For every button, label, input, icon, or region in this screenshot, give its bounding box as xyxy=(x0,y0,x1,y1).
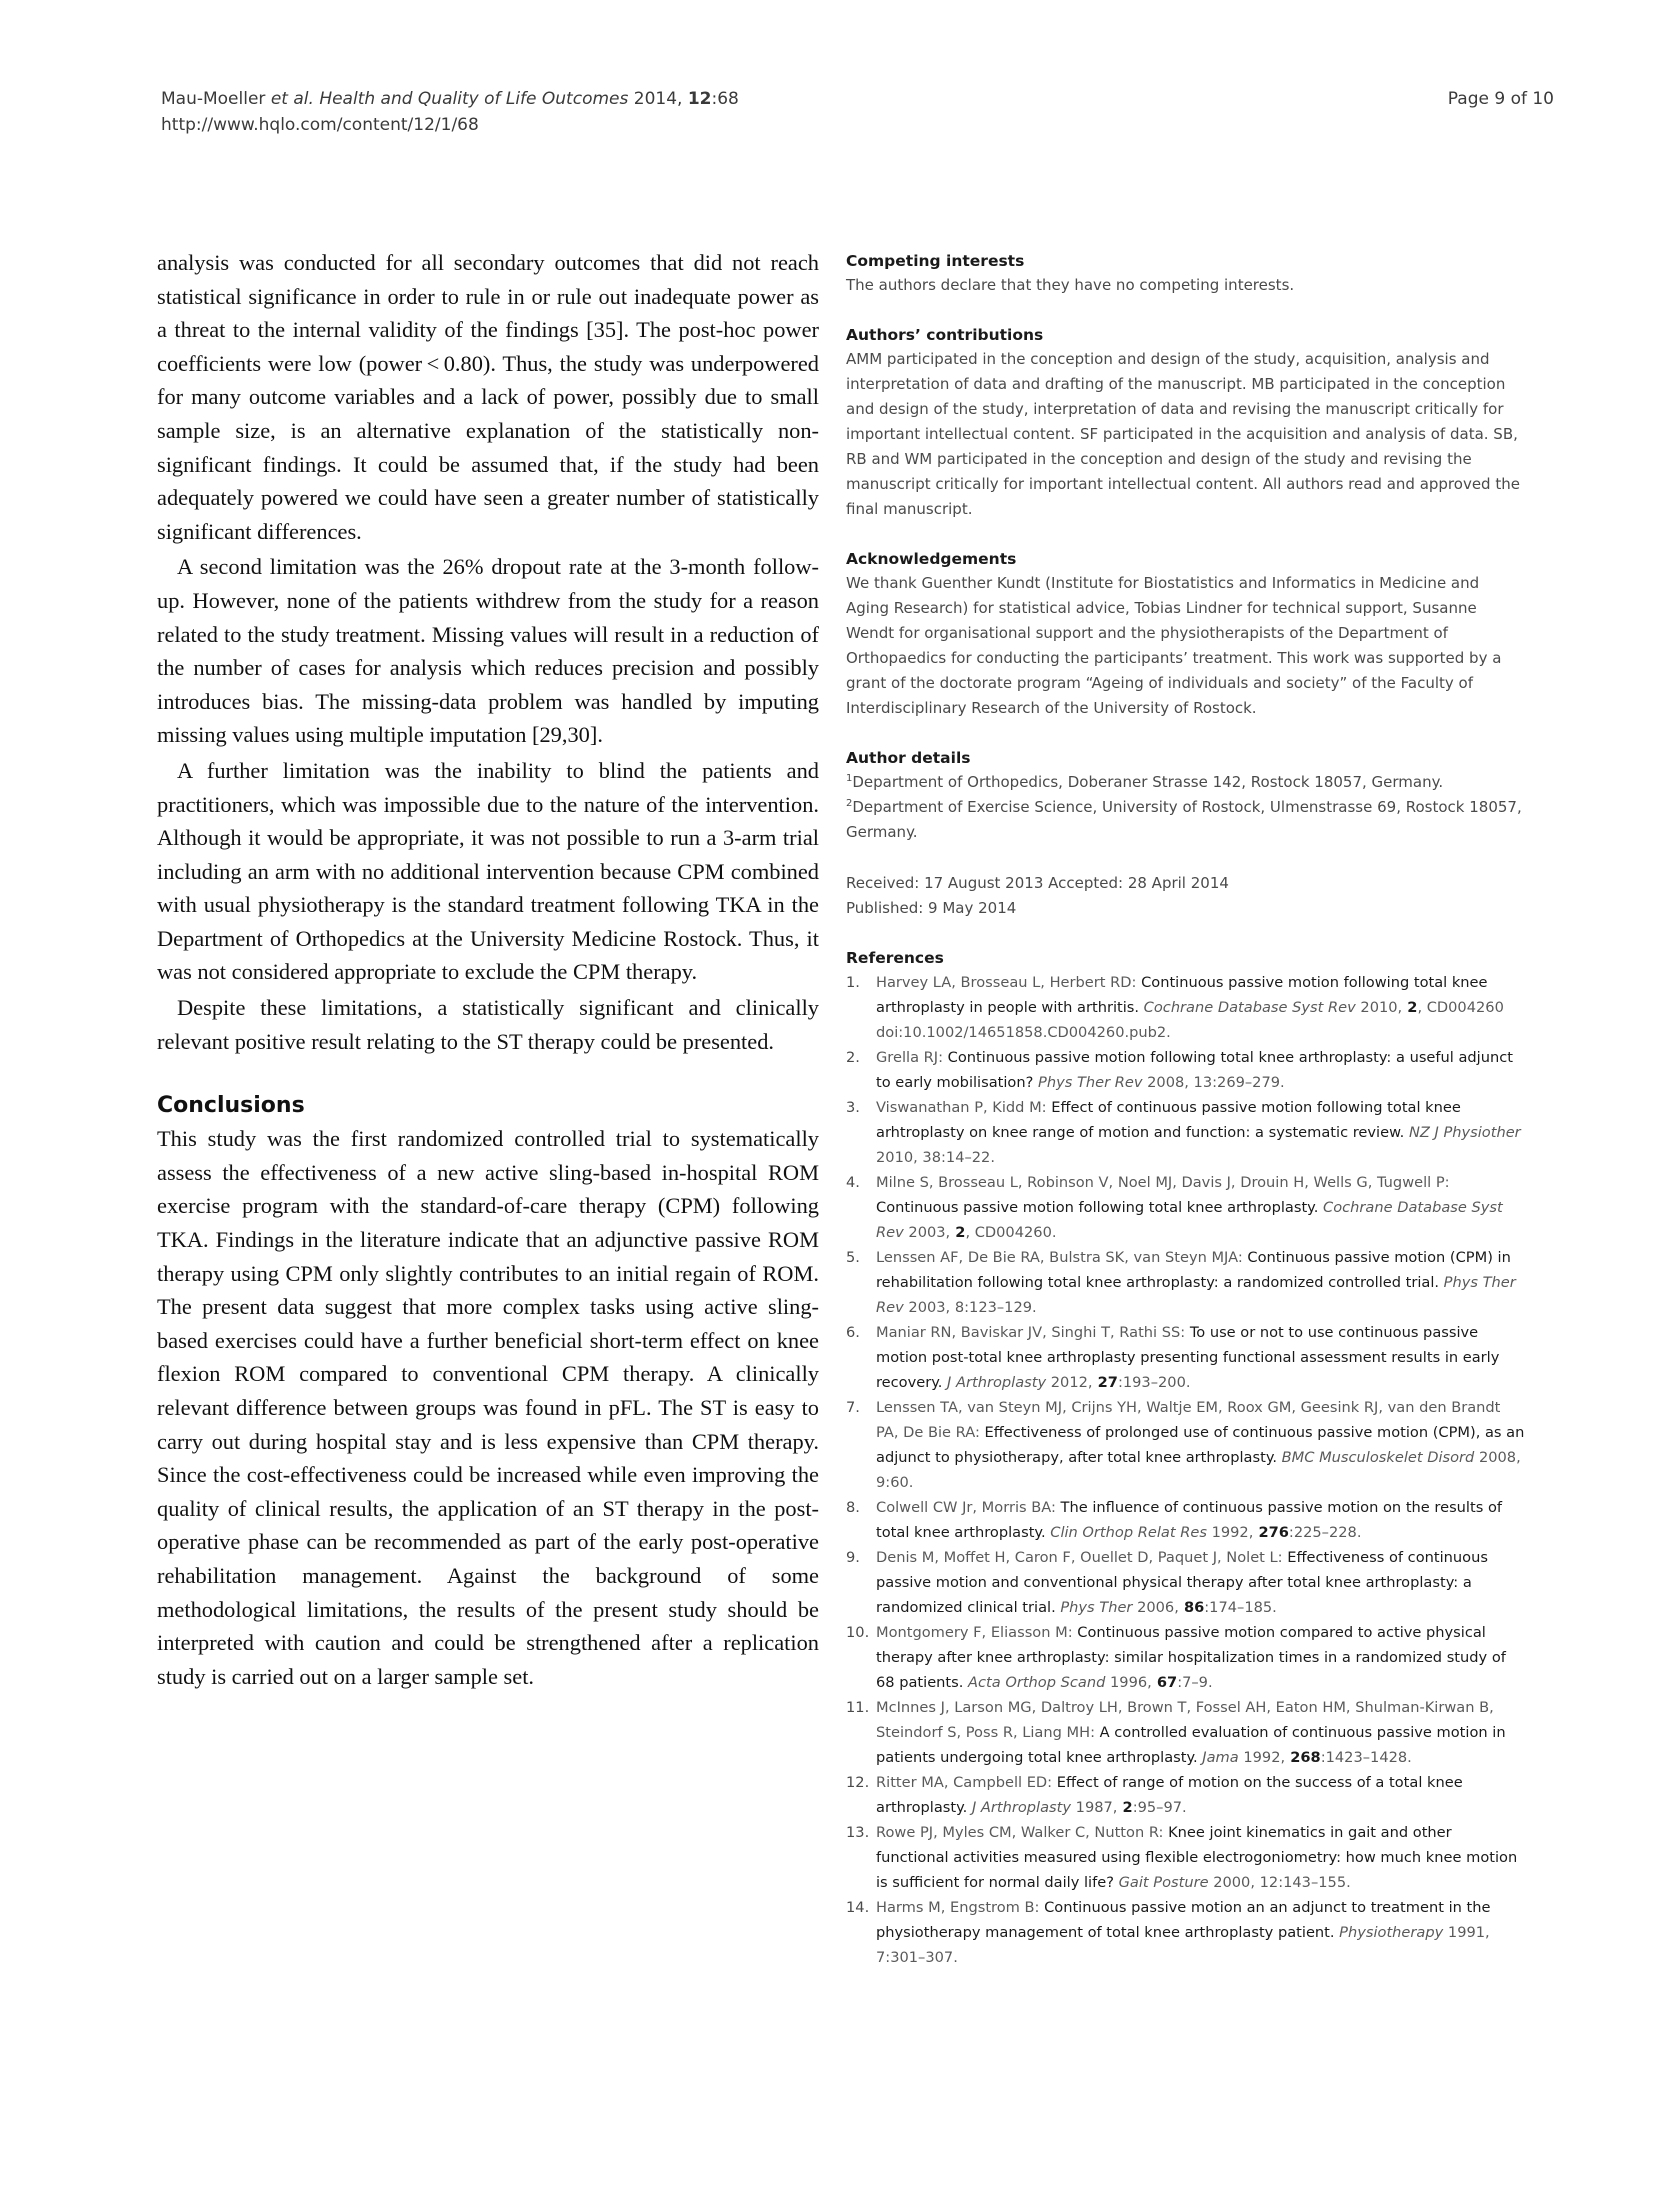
author-details-section: Author details 1Department of Orthopedic… xyxy=(846,747,1526,845)
reference-num: 4. xyxy=(846,1170,860,1195)
reference-num: 9. xyxy=(846,1545,860,1570)
citation-article: :68 xyxy=(712,89,739,109)
citation-authors: Mau-Moeller xyxy=(161,89,265,109)
reference-item: 14.Harms M, Engstrom B: Continuous passi… xyxy=(846,1895,1526,1970)
affiliation-2: Department of Exercise Science, Universi… xyxy=(846,798,1522,841)
competing-interests-section: Competing interests The authors declare … xyxy=(846,250,1526,298)
reference-vol: 2 xyxy=(1402,999,1417,1016)
conclusions-paragraph: This study was the first randomized cont… xyxy=(157,1122,819,1693)
section-heading: Competing interests xyxy=(846,250,1526,273)
affiliations: 1Department of Orthopedics, Doberaner St… xyxy=(846,770,1526,845)
reference-item: 8.Colwell CW Jr, Morris BA: The influenc… xyxy=(846,1495,1526,1545)
reference-item: 11.McInnes J, Larson MG, Daltroy LH, Bro… xyxy=(846,1695,1526,1770)
body-paragraph: analysis was conducted for all secondary… xyxy=(157,246,819,548)
reference-journal: J Arthroplasty xyxy=(967,1799,1071,1816)
reference-item: 1.Harvey LA, Brosseau L, Herbert RD: Con… xyxy=(846,970,1526,1045)
reference-journal: Phys Ther xyxy=(1056,1599,1133,1616)
reference-journal: NZ J Physiother xyxy=(1404,1124,1520,1141)
reference-num: 1. xyxy=(846,970,860,995)
citation-block: Mau-Moeller et al. Health and Quality of… xyxy=(161,86,739,138)
reference-item: 4.Milne S, Brosseau L, Robinson V, Noel … xyxy=(846,1170,1526,1245)
reference-year: 2010, xyxy=(876,1149,918,1166)
reference-num: 6. xyxy=(846,1320,860,1345)
reference-num: 2. xyxy=(846,1045,860,1070)
citation-year: 2014, xyxy=(634,89,683,109)
reference-item: 9.Denis M, Moffet H, Caron F, Ouellet D,… xyxy=(846,1545,1526,1620)
reference-rest: :7–9. xyxy=(1177,1674,1212,1691)
reference-item: 6.Maniar RN, Baviskar JV, Singhi T, Rath… xyxy=(846,1320,1526,1395)
reference-year: 1991, xyxy=(1443,1924,1489,1941)
reference-journal: Gait Posture xyxy=(1114,1874,1209,1891)
reference-year: 1987, xyxy=(1071,1799,1117,1816)
reference-authors: Lenssen AF, De Bie RA, Bulstra SK, van S… xyxy=(876,1249,1243,1266)
reference-rest: :193–200. xyxy=(1118,1374,1191,1391)
reference-year: 2012, xyxy=(1046,1374,1092,1391)
reference-item: 3.Viswanathan P, Kidd M: Effect of conti… xyxy=(846,1095,1526,1170)
reference-item: 5.Lenssen AF, De Bie RA, Bulstra SK, van… xyxy=(846,1245,1526,1320)
reference-num: 12. xyxy=(846,1770,869,1795)
reference-rest: 8:123–129. xyxy=(950,1299,1037,1316)
reference-authors: Harms M, Engstrom B: xyxy=(876,1899,1039,1916)
reference-authors: Viswanathan P, Kidd M: xyxy=(876,1099,1047,1116)
reference-year: 2010, xyxy=(1356,999,1402,1016)
references-section: References 1.Harvey LA, Brosseau L, Herb… xyxy=(846,947,1526,1970)
reference-rest: 38:14–22. xyxy=(918,1149,995,1166)
reference-item: 10.Montgomery F, Eliasson M: Continuous … xyxy=(846,1620,1526,1695)
right-column: Competing interests The authors declare … xyxy=(846,250,1526,1970)
reference-authors: Harvey LA, Brosseau L, Herbert RD: xyxy=(876,974,1136,991)
page-number: Page 9 of 10 xyxy=(1448,86,1554,112)
reference-num: 14. xyxy=(846,1895,869,1920)
reference-year: 2000, xyxy=(1209,1874,1255,1891)
dates-section: Received: 17 August 2013 Accepted: 28 Ap… xyxy=(846,871,1526,921)
section-text: AMM participated in the conception and d… xyxy=(846,347,1526,522)
affiliation-1: Department of Orthopedics, Doberaner Str… xyxy=(852,773,1443,791)
article-url[interactable]: http://www.hqlo.com/content/12/1/68 xyxy=(161,112,739,138)
reference-journal: J Arthroplasty xyxy=(942,1374,1046,1391)
published-date: Published: 9 May 2014 xyxy=(846,896,1526,921)
reference-rest: 9:60. xyxy=(876,1474,913,1491)
reference-authors: Grella RJ: xyxy=(876,1049,943,1066)
references-heading: References xyxy=(846,947,1526,970)
reference-journal: Cochrane Database Syst Rev xyxy=(1139,999,1356,1016)
reference-authors: Maniar RN, Baviskar JV, Singhi T, Rathi … xyxy=(876,1324,1185,1341)
reference-rest: :95–97. xyxy=(1133,1799,1187,1816)
reference-authors: Milne S, Brosseau L, Robinson V, Noel MJ… xyxy=(876,1174,1450,1191)
section-text: The authors declare that they have no co… xyxy=(846,273,1526,298)
reference-num: 11. xyxy=(846,1695,869,1720)
citation-line: Mau-Moeller et al. Health and Quality of… xyxy=(161,86,739,112)
reference-year: 1996, xyxy=(1105,1674,1151,1691)
reference-num: 5. xyxy=(846,1245,860,1270)
citation-etal: et al. xyxy=(271,89,314,109)
reference-authors: Ritter MA, Campbell ED: xyxy=(876,1774,1052,1791)
reference-rest: , CD004260. xyxy=(965,1224,1056,1241)
authors-contributions-section: Authors’ contributions AMM participated … xyxy=(846,324,1526,522)
reference-num: 8. xyxy=(846,1495,860,1520)
reference-vol: 86 xyxy=(1179,1599,1204,1616)
reference-vol: 276 xyxy=(1253,1524,1289,1541)
citation-journal: Health and Quality of Life Outcomes xyxy=(319,89,628,109)
reference-item: 7.Lenssen TA, van Steyn MJ, Crijns YH, W… xyxy=(846,1395,1526,1495)
reference-year: 1992, xyxy=(1239,1749,1285,1766)
reference-authors: Montgomery F, Eliasson M: xyxy=(876,1624,1073,1641)
body-paragraph: A further limitation was the inability t… xyxy=(157,754,819,989)
received-accepted-dates: Received: 17 August 2013 Accepted: 28 Ap… xyxy=(846,871,1526,896)
reference-num: 3. xyxy=(846,1095,860,1120)
reference-vol: 2 xyxy=(950,1224,965,1241)
reference-authors: Denis M, Moffet H, Caron F, Ouellet D, P… xyxy=(876,1549,1283,1566)
citation-volume: 12 xyxy=(688,89,712,109)
reference-vol: 268 xyxy=(1285,1749,1321,1766)
reference-journal: Jama xyxy=(1198,1749,1239,1766)
reference-vol: 2 xyxy=(1117,1799,1132,1816)
reference-journal: BMC Musculoskelet Disord xyxy=(1277,1449,1474,1466)
reference-authors: Rowe PJ, Myles CM, Walker C, Nutton R: xyxy=(876,1824,1163,1841)
reference-rest: :1423–1428. xyxy=(1321,1749,1412,1766)
reference-num: 13. xyxy=(846,1820,869,1845)
reference-journal: Acta Orthop Scand xyxy=(963,1674,1105,1691)
reference-year: 2003, xyxy=(904,1299,950,1316)
reference-title: Continuous passive motion following tota… xyxy=(876,1199,1318,1216)
reference-vol: 27 xyxy=(1093,1374,1118,1391)
reference-year: 2008, xyxy=(1474,1449,1520,1466)
left-column: analysis was conducted for all secondary… xyxy=(157,246,819,1693)
reference-num: 7. xyxy=(846,1395,860,1420)
reference-item: 13.Rowe PJ, Myles CM, Walker C, Nutton R… xyxy=(846,1820,1526,1895)
reference-rest: :225–228. xyxy=(1289,1524,1362,1541)
reference-year: 2003, xyxy=(904,1224,950,1241)
acknowledgements-section: Acknowledgements We thank Guenther Kundt… xyxy=(846,548,1526,721)
reference-journal: Phys Ther Rev xyxy=(1033,1074,1142,1091)
reference-item: 12.Ritter MA, Campbell ED: Effect of ran… xyxy=(846,1770,1526,1820)
body-paragraph: Despite these limitations, a statistical… xyxy=(157,991,819,1058)
section-heading: Authors’ contributions xyxy=(846,324,1526,347)
reference-rest: 13:269–279. xyxy=(1189,1074,1285,1091)
conclusions-heading: Conclusions xyxy=(157,1092,819,1120)
section-heading: Author details xyxy=(846,747,1526,770)
reference-rest: 12:143–155. xyxy=(1255,1874,1351,1891)
reference-year: 2008, xyxy=(1142,1074,1188,1091)
reference-rest: 7:301–307. xyxy=(876,1949,958,1966)
reference-journal: Physiotherapy xyxy=(1335,1924,1444,1941)
reference-item: 2.Grella RJ: Continuous passive motion f… xyxy=(846,1045,1526,1095)
reference-rest: :174–185. xyxy=(1204,1599,1277,1616)
reference-authors: Colwell CW Jr, Morris BA: xyxy=(876,1499,1056,1516)
reference-year: 1992, xyxy=(1207,1524,1253,1541)
reference-list: 1.Harvey LA, Brosseau L, Herbert RD: Con… xyxy=(846,970,1526,1970)
section-heading: Acknowledgements xyxy=(846,548,1526,571)
reference-year: 2006, xyxy=(1132,1599,1178,1616)
reference-journal: Clin Orthop Relat Res xyxy=(1046,1524,1207,1541)
reference-num: 10. xyxy=(846,1620,869,1645)
section-text: We thank Guenther Kundt (Institute for B… xyxy=(846,571,1526,721)
body-paragraph: A second limitation was the 26% dropout … xyxy=(157,550,819,752)
reference-vol: 67 xyxy=(1152,1674,1177,1691)
